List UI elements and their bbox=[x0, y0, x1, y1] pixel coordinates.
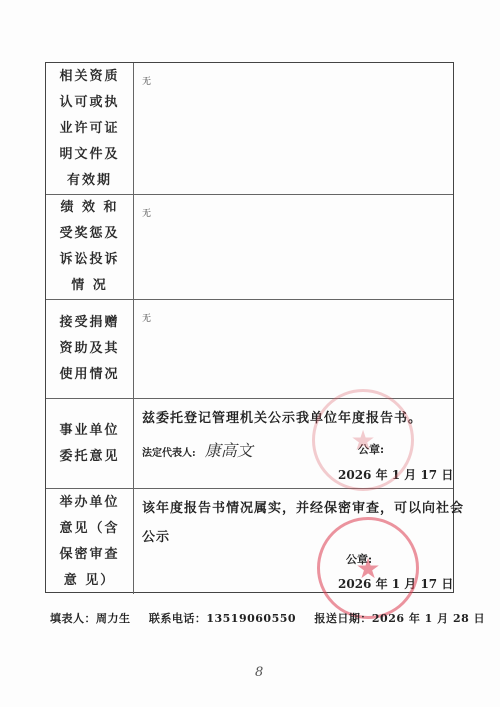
page-number: 8 bbox=[255, 665, 263, 680]
value-text: 无 bbox=[142, 209, 151, 219]
label-line: 诉讼投诉 bbox=[59, 247, 119, 273]
label-line: 受奖惩及 bbox=[59, 221, 119, 247]
legal-rep-signature: 康高文 bbox=[205, 441, 253, 460]
filler-name: 填表人：周力生 bbox=[50, 612, 131, 625]
label-qualifications: 相关资质 认可或执 业许可证 明文件及 有效期 bbox=[46, 63, 134, 194]
annual-report-table: 相关资质 认可或执 业许可证 明文件及 有效期 无 绩 效 和 受奖惩及 诉讼投… bbox=[45, 62, 454, 593]
row-donations: 接受捐赠 资助及其 使用情况 无 bbox=[46, 300, 453, 399]
contact-phone: 联系电话：13519060550 bbox=[149, 612, 296, 625]
seal-label: 公章: bbox=[358, 441, 384, 457]
value-entrustment: 兹委托登记管理机关公示我单位年度报告书。 法定代表人: 康高文 公章: 2026… bbox=[134, 399, 453, 488]
label-line: 保密审查 bbox=[59, 542, 119, 568]
label-line: 意 见） bbox=[64, 568, 116, 594]
label-performance: 绩 效 和 受奖惩及 诉讼投诉 情 况 bbox=[46, 195, 134, 299]
label-line: 认可或执 bbox=[59, 90, 119, 116]
submit-date: 报送日期：2026 年 1 月 28 日 bbox=[314, 612, 485, 625]
seal-label: 公章: bbox=[346, 551, 372, 567]
label-line: 接受捐赠 bbox=[59, 310, 119, 336]
sponsor-date: 2026 年 1 月 17 日 bbox=[338, 575, 453, 592]
sponsor-statement: 该年度报告书情况属实，并经保密审查，可以向社会 bbox=[142, 497, 445, 516]
value-sponsor-opinion: 该年度报告书情况属实，并经保密审查，可以向社会 公示 公章: 2026 年 1 … bbox=[134, 489, 453, 594]
sponsor-statement-cont: 公示 bbox=[142, 526, 445, 545]
label-entrustment: 事业单位 委托意见 bbox=[46, 399, 134, 488]
label-line: 情 况 bbox=[71, 273, 108, 299]
label-line: 有效期 bbox=[67, 168, 112, 194]
value-performance: 无 bbox=[134, 195, 453, 299]
label-line: 明文件及 bbox=[59, 142, 119, 168]
label-line: 相关资质 bbox=[59, 64, 119, 90]
label-line: 使用情况 bbox=[59, 362, 119, 388]
value-donations: 无 bbox=[134, 300, 453, 398]
value-text: 无 bbox=[142, 314, 151, 324]
label-line: 业许可证 bbox=[59, 116, 119, 142]
row-sponsor-opinion: 举办单位 意见（含 保密审查 意 见） 该年度报告书情况属实，并经保密审查，可以… bbox=[46, 489, 453, 594]
legal-rep-label: 法定代表人: bbox=[142, 448, 196, 459]
row-entrustment: 事业单位 委托意见 兹委托登记管理机关公示我单位年度报告书。 法定代表人: 康高… bbox=[46, 399, 453, 489]
label-line: 资助及其 bbox=[59, 336, 119, 362]
label-donations: 接受捐赠 资助及其 使用情况 bbox=[46, 300, 134, 398]
row-performance: 绩 效 和 受奖惩及 诉讼投诉 情 况 无 bbox=[46, 195, 453, 300]
label-line: 事业单位 bbox=[59, 418, 119, 444]
entrustment-statement: 兹委托登记管理机关公示我单位年度报告书。 bbox=[142, 407, 445, 426]
label-line: 意见（含 bbox=[59, 516, 119, 542]
footer-info: 填表人：周力生 联系电话：13519060550 报送日期：2026 年 1 月… bbox=[50, 610, 499, 626]
label-line: 委托意见 bbox=[59, 444, 119, 470]
entrustment-date: 2026 年 1 月 17 日 bbox=[338, 466, 453, 483]
row-qualifications: 相关资质 认可或执 业许可证 明文件及 有效期 无 bbox=[46, 63, 453, 195]
label-line: 绩 效 和 bbox=[60, 195, 118, 221]
label-sponsor-opinion: 举办单位 意见（含 保密审查 意 见） bbox=[46, 489, 134, 594]
label-line: 举办单位 bbox=[59, 490, 119, 516]
value-qualifications: 无 bbox=[134, 63, 453, 194]
value-text: 无 bbox=[142, 77, 151, 87]
